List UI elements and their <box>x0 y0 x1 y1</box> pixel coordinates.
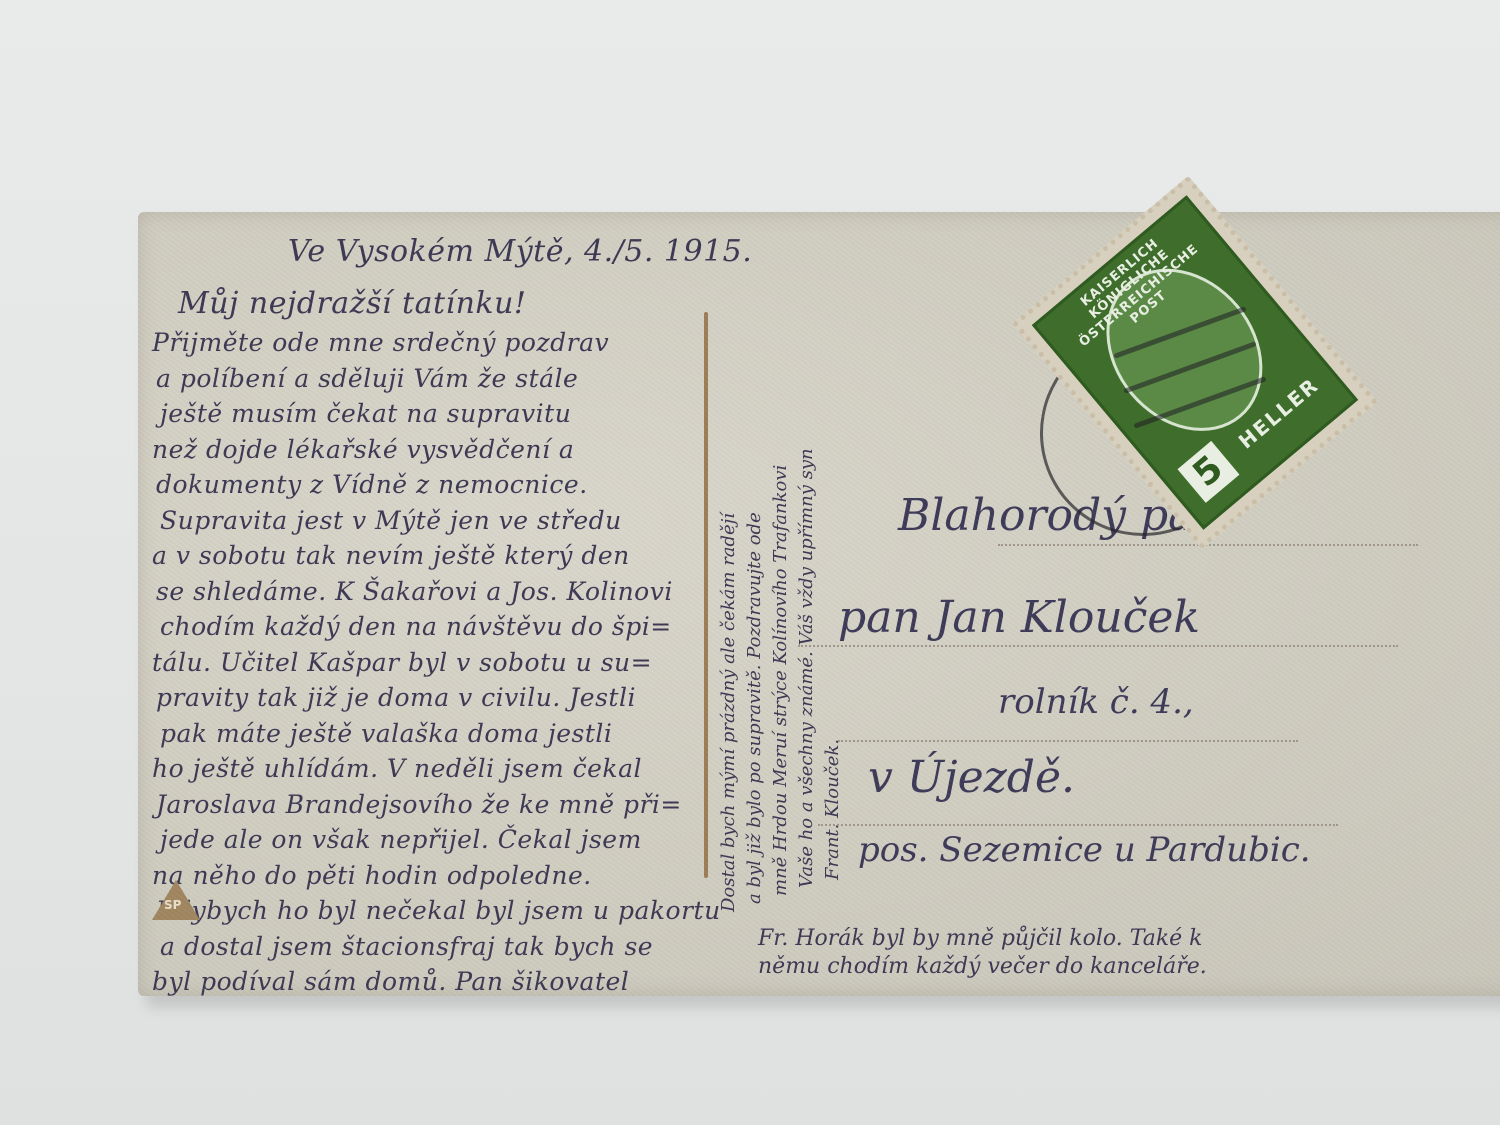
address-village: v Újezdě. <box>868 752 1075 803</box>
letter-line: Přijměte ode mne srdečný pozdrav <box>152 328 609 357</box>
letter-line: jede ale on však nepřijel. Čekal jsem <box>160 825 642 854</box>
letter-line: ho ještě uhlídám. V neděli jsem čekal <box>152 754 642 783</box>
letter-line: a políbení a sděluji Vám že stále <box>156 364 578 393</box>
vertical-postscript-line: a byl již bylo po supravitě. Pozdravujte… <box>744 512 765 904</box>
letter-line: Kdybych ho byl nečekal byl jsem u pakort… <box>156 896 721 925</box>
address-line <box>798 645 1398 647</box>
footer-line-1: Fr. Horák byl by mně půjčil kolo. Také k <box>758 926 1203 951</box>
letter-line: Jaroslava Brandejsovího že ke mně při= <box>156 790 682 819</box>
letter-line: a dostal jsem štacionsfraj tak bych se <box>160 932 653 961</box>
letter-line: pravity tak již je doma v civilu. Jestli <box>156 683 636 712</box>
salutation: Můj nejdražší tatínku! <box>178 286 527 321</box>
divider-line <box>704 312 708 878</box>
letter-line: a v sobotu tak nevím ještě který den <box>152 541 630 570</box>
stamp-value: 5 <box>1178 441 1240 503</box>
letter-line: ještě musím čekat na supravitu <box>160 399 571 428</box>
letter-line: chodím každý den na návštěvu do špi= <box>160 612 672 641</box>
address-line <box>998 544 1418 546</box>
letter-line: se shledáme. K Šakařovi a Jos. Kolinovi <box>156 577 673 606</box>
address-occupation: rolník č. 4., <box>998 682 1194 722</box>
vertical-postscript-line: Dostal bych mýmí prázdný ale čekám raděj… <box>718 513 739 912</box>
letter-line: tálu. Učitel Kašpar byl v sobotu u su= <box>152 648 652 677</box>
letter-line: pak máte ještě valaška doma jestli <box>160 719 612 748</box>
address-line <box>818 824 1338 826</box>
publisher-logo-text: SP <box>164 898 181 912</box>
address-line <box>838 740 1298 742</box>
letter-line: na něho do pěti hodin odpoledne. <box>152 861 592 890</box>
address-post-office: pos. Sezemice u Pardubic. <box>858 830 1311 870</box>
letter-line: dokumenty z Vídně z nemocnice. <box>156 470 588 499</box>
address-recipient: pan Jan Klouček <box>838 592 1200 643</box>
vertical-postscript-line: Frant. Klouček. <box>822 739 843 880</box>
letter-line: byl podíval sám domů. Pan šikovatel <box>152 967 629 996</box>
vertical-postscript-line: Vaše ho a všechny známé. Váš vždy upřímn… <box>796 448 817 888</box>
footer-line-2: němu chodím každý večer do kanceláře. <box>758 954 1207 979</box>
letter-line: než dojde lékařské vysvědčení a <box>152 435 574 464</box>
place-date: Ve Vysokém Mýtě, 4./5. 1915. <box>288 234 752 269</box>
vertical-postscript-line: mně Hrdou Meruí strýce Kolínovího Trafan… <box>770 465 791 896</box>
letter-line: Supravita jest v Mýtě jen ve středu <box>160 506 622 535</box>
